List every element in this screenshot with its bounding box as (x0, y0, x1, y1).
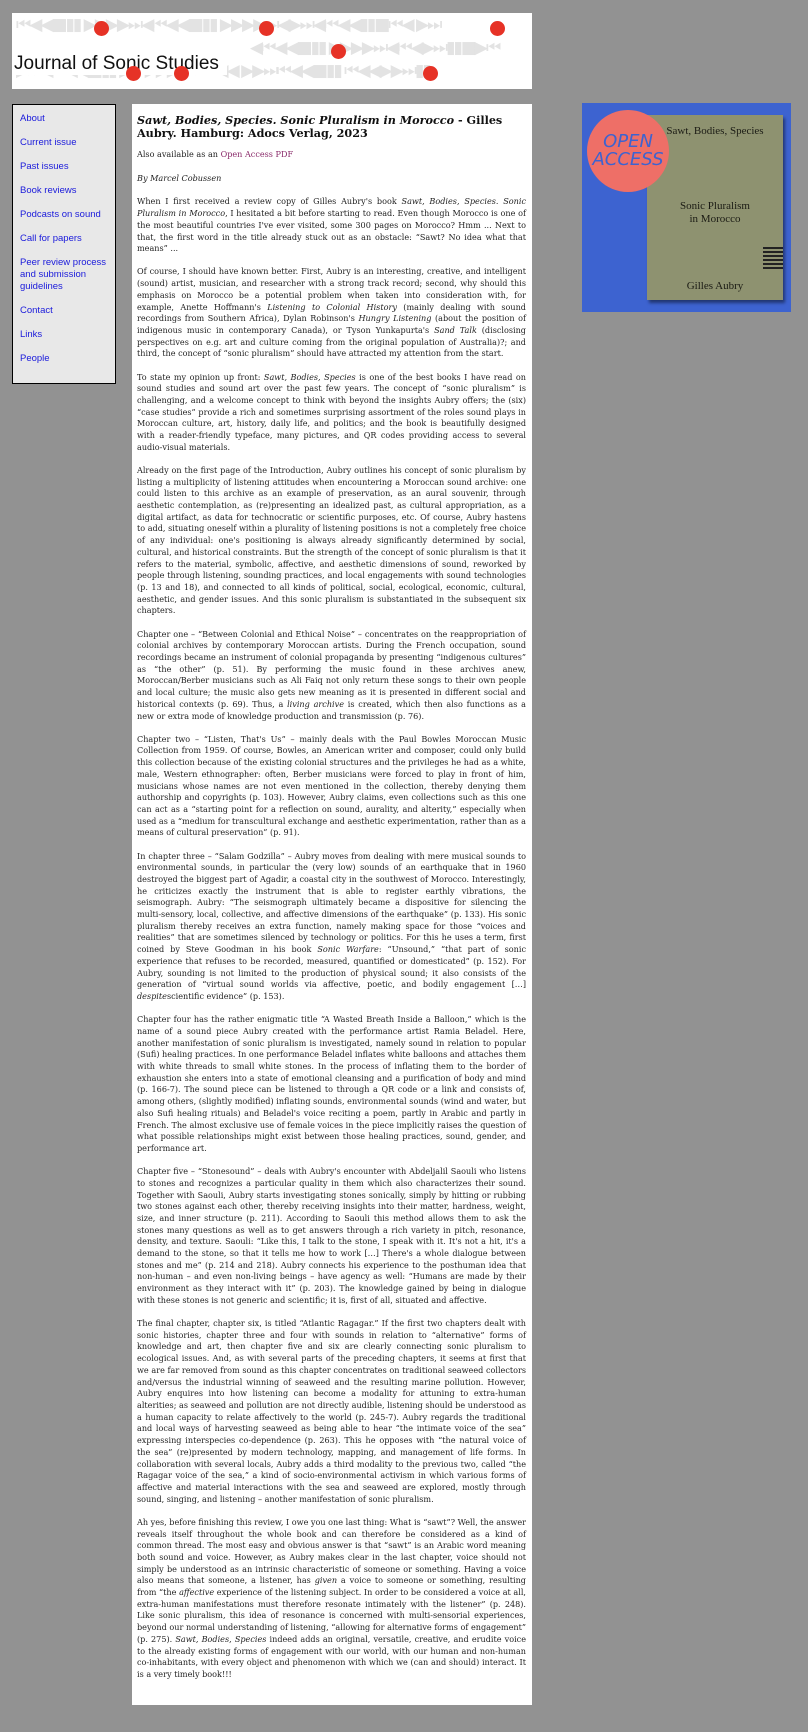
journal-banner[interactable]: ⏮◀◀■▮▮ ▶▶▶▶⏭◀⏮◀◀■▮▮ ▶▶▶▶⏭◀▶⏭◀⏮◀◀▮▮■⏮◀ ▶⏭… (12, 13, 532, 89)
red-dot-icon (490, 21, 505, 36)
article-paragraph: Chapter five – “Stonesound” – deals with… (137, 1166, 526, 1306)
article-paragraph: When I first received a review copy of G… (137, 196, 526, 255)
barcode-icon (763, 247, 783, 271)
sidebar-item-current-issue[interactable]: Current issue (20, 137, 115, 149)
article-paragraph: Chapter two – “Listen, That's Us” – main… (137, 734, 526, 839)
sidebar-item-past-issues[interactable]: Past issues (20, 161, 115, 173)
sidebar-item-book-reviews[interactable]: Book reviews (20, 185, 115, 197)
banner-pattern-row: ⏮◀◀■▮▮ ▶▶▶▶⏭◀⏮◀◀■▮▮ ▶▶▶▶⏭◀▶⏭◀⏮◀◀▮▮■⏮◀ ▶⏭ (16, 16, 440, 34)
sidebar-item-podcasts[interactable]: Podcasts on sound (20, 209, 115, 221)
red-dot-icon (126, 66, 141, 81)
article-body: When I first received a review copy of G… (137, 196, 526, 1680)
cover-author: Gilles Aubry (647, 280, 783, 292)
article-paragraph: Ah yes, before finishing this review, I … (137, 1517, 526, 1681)
sidebar-item-about[interactable]: About (20, 113, 115, 125)
sidebar-item-peer-review[interactable]: Peer review process and submission guide… (20, 257, 108, 293)
banner-pattern-row: ◀⏮◀◀■▮▮ ▶▶▶▶⏭◀⏮◀▶⏭▮▮■▶⏮ (250, 39, 499, 57)
red-dot-icon (331, 44, 346, 59)
sidebar-item-links[interactable]: Links (20, 329, 115, 341)
article-paragraph: In chapter three – “Salam Godzilla” – Au… (137, 851, 526, 1003)
open-access-pdf-link[interactable]: Open Access PDF (221, 149, 294, 159)
cover-subtitle: Sonic Pluralismin Morocco (647, 200, 783, 226)
article-paragraph: To state my opinion up front: Sawt, Bodi… (137, 372, 526, 454)
red-dot-icon (259, 21, 274, 36)
sidebar-nav: About Current issue Past issues Book rev… (12, 104, 116, 384)
article-title: Sawt, Bodies, Species. Sonic Pluralism i… (137, 114, 526, 140)
article-content: Sawt, Bodies, Species. Sonic Pluralism i… (132, 104, 532, 1705)
byline: By Marcel Cobussen (137, 173, 526, 185)
article-paragraph: Chapter one – “Between Colonial and Ethi… (137, 629, 526, 723)
article-paragraph: Of course, I should have known better. F… (137, 266, 526, 360)
article-paragraph: The final chapter, chapter six, is title… (137, 1318, 526, 1505)
book-cover-image: Sawt, Bodies, Species Sonic Pluralismin … (582, 103, 791, 312)
red-dot-icon (174, 66, 189, 81)
availability-line: Also available as an Open Access PDF (137, 149, 526, 161)
red-dot-icon (94, 21, 109, 36)
sidebar-item-call-for-papers[interactable]: Call for papers (20, 233, 115, 245)
sidebar-item-contact[interactable]: Contact (20, 305, 115, 317)
article-paragraph: Already on the first page of the Introdu… (137, 465, 526, 617)
red-dot-icon (423, 66, 438, 81)
journal-logo-title[interactable]: Journal of Sonic Studies (14, 53, 227, 75)
article-paragraph: Chapter four has the rather enigmatic ti… (137, 1014, 526, 1154)
sidebar-item-people[interactable]: People (20, 353, 115, 365)
cover-title: Sawt, Bodies, Species (647, 125, 783, 137)
open-access-badge: OPEN ACCESS (587, 110, 669, 192)
